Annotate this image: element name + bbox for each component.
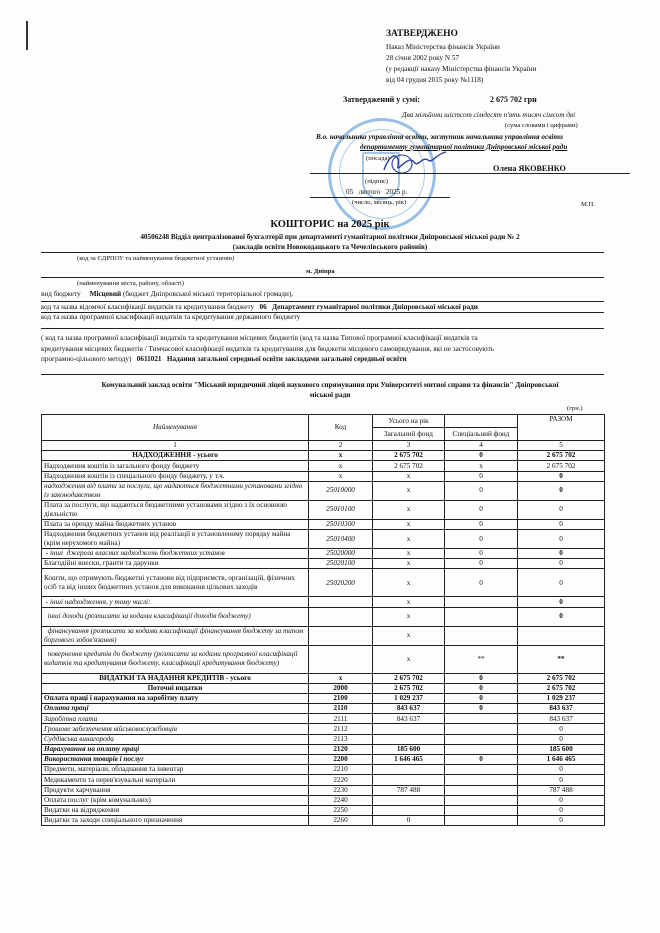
row-code: 2000 [309,683,373,693]
row-total: 1 029 237 [518,693,605,703]
row-total: 0 [518,597,605,607]
divider [41,328,604,329]
row-special-fund [445,775,518,785]
row-code: 2110 [309,704,373,714]
table-row: фінансування (розписати за кодами класиф… [42,626,605,645]
row-code: х [309,471,373,481]
row-total: 0 [518,548,605,558]
row-total: 0 [518,559,605,569]
position-caption: (посада) [366,155,390,162]
row-special-fund: 0 [445,451,518,461]
row-code: 2100 [309,693,373,703]
row-total: 0 [518,734,605,744]
row-name: фінансування (розписати за кодами класиф… [42,626,309,645]
row-general-fund: 843 637 [373,704,445,714]
row-general-fund: 2 675 702 [373,673,445,683]
row-total: 843 637 [518,714,605,724]
date-month: лютого [359,188,381,196]
row-general-fund [373,795,445,805]
row-name: Медикаменти та перев'язувальні матеріали [42,775,309,785]
row-general-fund: х [373,471,445,481]
row-total: 0 [518,519,605,529]
signature-caption: (підпис) [365,178,388,185]
table-row: Суддівська винагорода21130 [42,734,605,744]
seal-label: М.П. [581,201,595,208]
state-program-label: код та назва програмної класифікації вид… [41,313,300,321]
col-number: 1 [42,441,309,451]
row-code: 2113 [309,734,373,744]
row-name: Видатки на відрядження [42,805,309,815]
row-special-fund: х [445,461,518,471]
dept-class-label: код та назва відомчої класифікації видат… [41,303,254,311]
row-code: 25020100 [309,559,373,569]
row-special-fund [445,816,518,826]
col-number: 5 [518,441,605,451]
table-row: НАДХОДЖЕННЯ - усьогох2 675 70202 675 702 [42,451,605,461]
row-special-fund: ** [445,645,518,673]
city-caption: (найменування міста, району, області) [77,280,184,287]
row-name: Оплата праці [42,704,309,714]
row-total: 0 [518,805,605,815]
row-name: - інші надходження, у тому числі: [42,597,309,607]
row-special-fund [445,734,518,744]
row-name: Заробітна плата [42,714,309,724]
table-row: надходження від плати за послуги, що над… [42,481,605,500]
row-special-fund: 0 [445,500,518,519]
approval-date: 05 лютого 2025 р. [346,188,407,196]
row-name: ВИДАТКИ ТА НАДАННЯ КРЕДИТІВ - усього [42,673,309,683]
school-name-line1: Комунальний заклад освіти "Міський юриди… [0,381,660,389]
col-number: 2 [309,441,373,451]
row-code [309,645,373,673]
row-special-fund [445,597,518,607]
row-code: х [309,461,373,471]
row-special-fund: 0 [445,529,518,548]
document-title: КОШТОРИС на 2025 рік [0,219,660,230]
row-code [309,607,373,626]
budget-type-label: вид бюджету [41,290,81,298]
row-name: Видатки та заходи спеціального призначен… [42,816,309,826]
row-name: Суддівська винагорода [42,734,309,744]
approval-line: (у редакції наказу Міністерства фінансів… [386,64,536,75]
header-total-year: Усього на рік [373,415,445,428]
local-program-text: ( код та назва програмної класифікації в… [41,333,621,344]
table-row: Надходження коштів із загального фонду б… [42,461,605,471]
row-code: 2112 [309,724,373,734]
row-general-fund [373,734,445,744]
row-name: Продукти харчування [42,785,309,795]
row-general-fund: 2 675 702 [373,683,445,693]
row-general-fund: 843 637 [373,714,445,724]
local-program-text: програмно-цільового методу) [41,355,131,363]
amount-words-caption: (сума словами і цифрами) [505,122,578,129]
row-name: Предмети, матеріали, обладнання та інвен… [42,765,309,775]
row-code: 25010100 [309,500,373,519]
row-name: Благодійні внески, гранти та дарунки [42,559,309,569]
approved-amount-value: 2 675 702 грн [490,95,537,104]
row-code: 2240 [309,795,373,805]
row-general-fund: 0 [373,816,445,826]
row-name: Кошти, що отримують бюджетні установи ві… [42,569,309,597]
row-general-fund: 787 488 [373,785,445,795]
school-name-line2: міської ради [0,391,660,399]
row-total: 843 637 [518,704,605,714]
row-general-fund [373,775,445,785]
row-code: 2220 [309,775,373,785]
row-code: 2120 [309,744,373,754]
row-general-fund: 1 646 465 [373,755,445,765]
row-general-fund: х [373,519,445,529]
row-code: х [309,673,373,683]
row-general-fund: х [373,569,445,597]
row-general-fund: х [373,500,445,519]
table-row: Оплата послуг (крім комунальних)22400 [42,795,605,805]
row-special-fund [445,765,518,775]
row-general-fund: х [373,626,445,645]
row-total: 0 [518,500,605,519]
row-general-fund: х [373,645,445,673]
row-special-fund [445,795,518,805]
row-name: надходження від плати за послуги, що над… [42,481,309,500]
row-code: 2200 [309,755,373,765]
row-name: Використання товарів і послуг [42,755,309,765]
institution-caption: (код за ЄДРПОУ та найменування бюджетної… [77,255,234,262]
institution-line2: (закладів освіти Новокодацького та Чечел… [0,243,660,251]
row-name: Поточні видатки [42,683,309,693]
row-total: ** [518,645,605,673]
table-row: Видатки на відрядження22500 [42,805,605,815]
divider [41,252,604,253]
budget-type-value: Місцевий [90,290,121,298]
row-name: інші доходи (розписати за кодами класифі… [42,607,309,626]
row-special-fund: 0 [445,471,518,481]
approval-line: Наказ Міністерства фінансів України [386,42,536,53]
row-special-fund [445,724,518,734]
signer-name: Олена ЯКОВЕНКО [493,164,566,173]
row-special-fund: 0 [445,683,518,693]
approval-line: від 04 грудня 2015 року №1118) [386,75,536,86]
row-code: 2250 [309,805,373,815]
row-general-fund [373,765,445,775]
row-total: 1 646 465 [518,755,605,765]
table-row: Благодійні внески, гранти та дарунки2502… [42,559,605,569]
row-code: 25010000 [309,481,373,500]
row-total: 2 675 702 [518,683,605,693]
institution-line1: 40506248 Відділ централізованої бухгалте… [0,233,660,241]
estimate-table: Найменування Код Усього на рік РАЗОМ Заг… [41,414,605,826]
dept-classification: код та назва відомчої класифікації видат… [41,301,604,313]
row-special-fund: 0 [445,693,518,703]
row-total: 0 [518,471,605,481]
header-general-fund: Загальний фонд [373,428,445,441]
row-special-fund: 0 [445,548,518,558]
row-code [309,597,373,607]
row-special-fund: 0 [445,755,518,765]
amount-in-words: Два мільйони шістсот сімдесят п'ять тися… [402,111,575,119]
row-name: Оплата послуг (крім комунальних) [42,795,309,805]
row-total: 0 [518,481,605,500]
row-name: Плата за послуги, що надаються бюджетним… [42,500,309,519]
row-total: 2 675 702 [518,451,605,461]
row-general-fund [373,805,445,815]
table-row: - інші надходження, у тому числі:х0 [42,597,605,607]
budget-type-rest: (бюджет Дніпровської міської територіаль… [123,290,293,298]
row-code: х [309,451,373,461]
row-name: Надходження коштів із загального фонду б… [42,461,309,471]
row-special-fund: 0 [445,481,518,500]
table-row: Використання товарів і послуг22001 646 4… [42,755,605,765]
row-general-fund: х [373,597,445,607]
row-name: Плата за оренду майна бюджетних установ [42,519,309,529]
table-row: повернення кредитів до бюджету (розписат… [42,645,605,673]
row-total: 787 488 [518,785,605,795]
table-row: Медикаменти та перев'язувальні матеріали… [42,775,605,785]
table-row: Нарахування на оплату праці2120185 60018… [42,744,605,754]
table-row: інші доходи (розписати за кодами класифі… [42,607,605,626]
local-program-text: кредитування місцевих бюджетів / Тимчасо… [41,344,621,355]
table-row: Продукти харчування2230787 488787 488 [42,785,605,795]
row-total: 2 675 702 [518,673,605,683]
header-sum: РАЗОМ [518,415,605,441]
budget-type: вид бюджету Місцевий (бюджет Дніпровсько… [41,290,293,298]
row-name: - інші джерела власних надходжень бюджет… [42,548,309,558]
row-general-fund: 185 600 [373,744,445,754]
row-special-fund [445,714,518,724]
col-number: 4 [445,441,518,451]
row-general-fund: х [373,559,445,569]
row-name: Надходження коштів із спеціального фонду… [42,471,309,481]
row-code: 25010400 [309,529,373,548]
local-program-name: Надання загальної середньої освіти закла… [167,355,407,363]
row-name: НАДХОДЖЕННЯ - усього [42,451,309,461]
table-row: ВИДАТКИ ТА НАДАННЯ КРЕДИТІВ - усьогох2 6… [42,673,605,683]
row-special-fund [445,785,518,795]
table-row: Предмети, матеріали, обладнання та інвен… [42,765,605,775]
local-program-code: 0611021 [137,355,162,363]
table-row: Надходження коштів із спеціального фонду… [42,471,605,481]
row-total: 0 [518,569,605,597]
table-row: Плата за оренду майна бюджетних установ2… [42,519,605,529]
header-special-fund: Спеціальний фонд [445,428,518,441]
row-code [309,626,373,645]
row-name: повернення кредитів до бюджету (розписат… [42,645,309,673]
row-general-fund: х [373,548,445,558]
row-total: 0 [518,529,605,548]
table-row: Плата за послуги, що надаються бюджетним… [42,500,605,519]
row-total: 2 675 702 [518,461,605,471]
row-name: Надходження бюджетних установ від реаліз… [42,529,309,548]
row-code: 25020000 [309,548,373,558]
signer-position-line1: В.о. начальника управління освіти, засту… [316,133,563,141]
table-row: Оплата праці2110843 6370843 637 [42,704,605,714]
header-code: Код [309,415,373,441]
row-total: 0 [518,724,605,734]
divider [41,374,604,375]
row-special-fund [445,626,518,645]
dept-class-code: 06 [260,303,267,311]
row-general-fund: х [373,607,445,626]
row-total: 0 [518,816,605,826]
approved-amount-label: Затверджений у сумі: [343,95,420,104]
row-total: 0 [518,795,605,805]
column-number-row: 1 2 3 4 5 [42,441,605,451]
row-general-fund: 2 675 702 [373,451,445,461]
currency-note: (грн.) [567,405,583,412]
header-name: Найменування [42,415,309,441]
row-special-fund: 0 [445,673,518,683]
divider [41,277,604,278]
row-special-fund: 0 [445,519,518,529]
table-row: Кошти, що отримують бюджетні установи ві… [42,569,605,597]
row-special-fund: 0 [445,704,518,714]
row-total: 185 600 [518,744,605,754]
scan-edge-mark [26,21,28,50]
col-number: 3 [373,441,445,451]
date-year: 2025 р. [386,188,408,196]
table-header-row: Найменування Код Усього на рік РАЗОМ [42,415,605,428]
table-row: - інші джерела власних надходжень бюджет… [42,548,605,558]
row-special-fund: 0 [445,559,518,569]
row-total: 0 [518,607,605,626]
row-special-fund [445,805,518,815]
row-general-fund: 2 675 702 [373,461,445,471]
row-total: 0 [518,765,605,775]
row-code: 2210 [309,765,373,775]
date-day: 05 [346,188,353,196]
table-row: Заробітна плата2111843 637843 637 [42,714,605,724]
row-code: 2230 [309,785,373,795]
row-code: 2260 [309,816,373,826]
row-special-fund [445,607,518,626]
table-row: Надходження бюджетних установ від реаліз… [42,529,605,548]
header-empty [445,415,518,428]
row-special-fund [445,744,518,754]
signature-line [310,173,630,174]
signer-position-line2: департаменту гуманітарної політики Дніпр… [360,143,567,151]
table-row: Видатки та заходи спеціального призначен… [42,816,605,826]
date-caption: (число, місяць, рік) [352,199,406,206]
table-row: Оплата праці і нарахування на заробітну … [42,693,605,703]
dept-class-name: Департамент гуманітарної політики Дніпро… [272,303,478,311]
date-line [310,197,450,198]
row-general-fund: 1 029 237 [373,693,445,703]
row-name: Нарахування на оплату праці [42,744,309,754]
row-general-fund: х [373,481,445,500]
table-row: Поточні видатки20002 675 70202 675 702 [42,683,605,693]
row-general-fund: х [373,529,445,548]
row-total: 0 [518,775,605,785]
row-total [518,626,605,645]
row-code: 25010300 [309,519,373,529]
local-program-block: ( код та назва програмної класифікації в… [41,333,621,365]
row-code: 25020200 [309,569,373,597]
approval-line: 28 січня 2002 року N 57 [386,53,536,64]
approval-order: Наказ Міністерства фінансів України 28 с… [386,42,536,86]
table-row: Грошове забезпечення військовослужбовців… [42,724,605,734]
row-special-fund: 0 [445,569,518,597]
row-general-fund [373,724,445,734]
row-name: Оплата праці і нарахування на заробітну … [42,693,309,703]
approval-title: ЗАТВЕРДЖЕНО [386,29,458,39]
row-code: 2111 [309,714,373,724]
city-name: м. Дніпра [306,268,335,275]
row-name: Грошове забезпечення військовослужбовців [42,724,309,734]
